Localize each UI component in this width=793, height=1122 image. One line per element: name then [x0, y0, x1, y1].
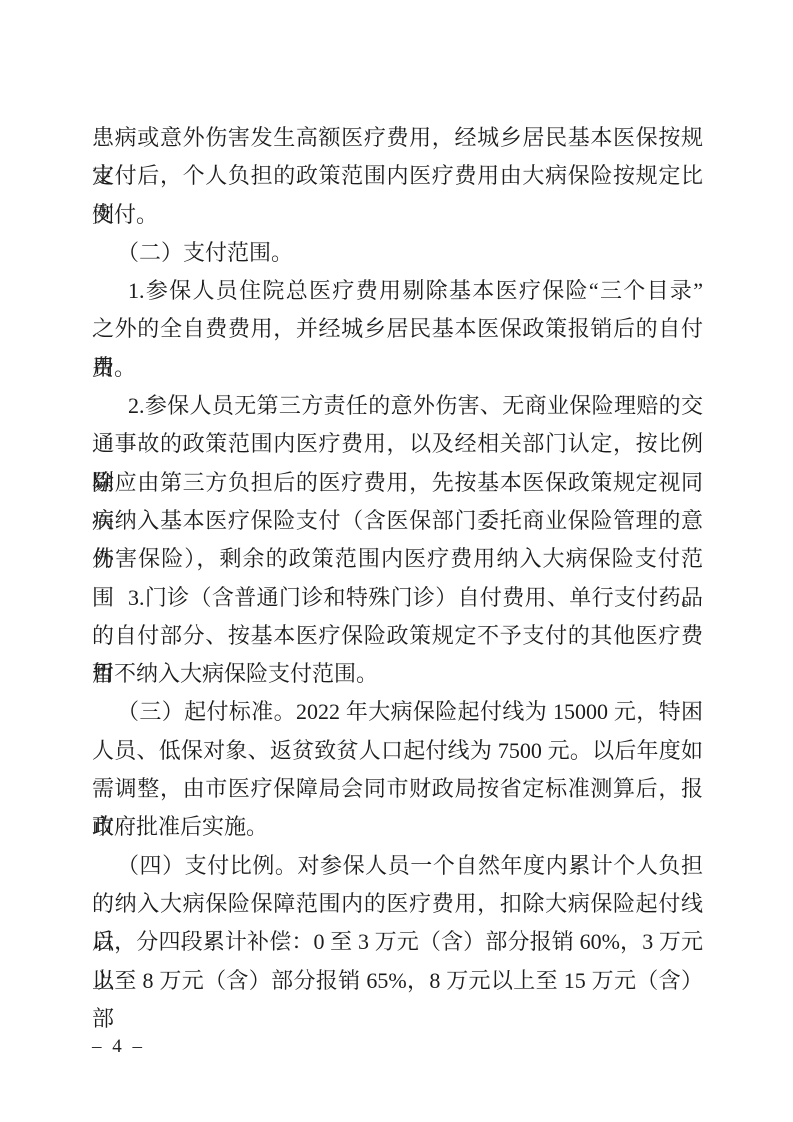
- document-page: 患病或意外伤害发生高额医疗费用，经城乡居民基本医保按规定支付后，个人负担的政策范…: [0, 0, 793, 1122]
- text-line: 病纳入基本医疗保险支付（含医保部门委托商业保险管理的意外: [92, 502, 703, 540]
- text-line: （四）支付比例。对参保人员一个自然年度内累计个人负担: [92, 847, 703, 885]
- text-line: 1.参保人员住院总医疗费用剔除基本医疗保险“三个目录”: [92, 272, 703, 310]
- document-body: 患病或意外伤害发生高额医疗费用，经城乡居民基本医保按规定支付后，个人负担的政策范…: [92, 119, 703, 1000]
- text-line: 之外的全自费费用，并经城乡居民基本医保政策报销后的自付费: [92, 310, 703, 348]
- text-line: 的纳入大病保险保障范围内的医疗费用，扣除大病保险起付线以: [92, 885, 703, 923]
- text-line: 支付后，个人负担的政策范围内医疗费用由大病保险按规定比例: [92, 157, 703, 195]
- text-line: 用。: [92, 349, 703, 387]
- text-line: 上至 8 万元（含）部分报销 65%，8 万元以上至 15 万元（含）部: [92, 962, 703, 1000]
- text-line: 支付。: [92, 196, 703, 234]
- page-number: – 4 –: [92, 1036, 145, 1058]
- text-line: 通事故的政策范围内医疗费用，以及经相关部门认定，按比例剔: [92, 425, 703, 463]
- text-line: 除应由第三方负担后的医疗费用，先按基本医保政策规定视同疾: [92, 464, 703, 502]
- text-line: 3.门诊（含普通门诊和特殊门诊）自付费用、单行支付药品: [92, 579, 703, 617]
- text-line: 2.参保人员无第三方责任的意外伤害、无商业保险理赔的交: [92, 387, 703, 425]
- text-line: 患病或意外伤害发生高额医疗费用，经城乡居民基本医保按规定: [92, 119, 703, 157]
- text-line: （二）支付范围。: [92, 234, 703, 272]
- text-line: （三）起付标准。2022 年大病保险起付线为 15000 元，特困: [92, 693, 703, 731]
- text-line: 后，分四段累计补偿：0 至 3 万元（含）部分报销 60%，3 万元以: [92, 923, 703, 961]
- text-line: 伤害保险），剩余的政策范围内医疗费用纳入大病保险支付范围。: [92, 540, 703, 578]
- text-line: 需调整，由市医疗保障局会同市财政局按省定标准测算后，报市: [92, 770, 703, 808]
- text-line: 的自付部分、按基本医疗保险政策规定不予支付的其他医疗费用: [92, 617, 703, 655]
- text-line: 政府批准后实施。: [92, 808, 703, 846]
- text-line: 暂不纳入大病保险支付范围。: [92, 655, 703, 693]
- text-line: 人员、低保对象、返贫致贫人口起付线为 7500 元。以后年度如: [92, 732, 703, 770]
